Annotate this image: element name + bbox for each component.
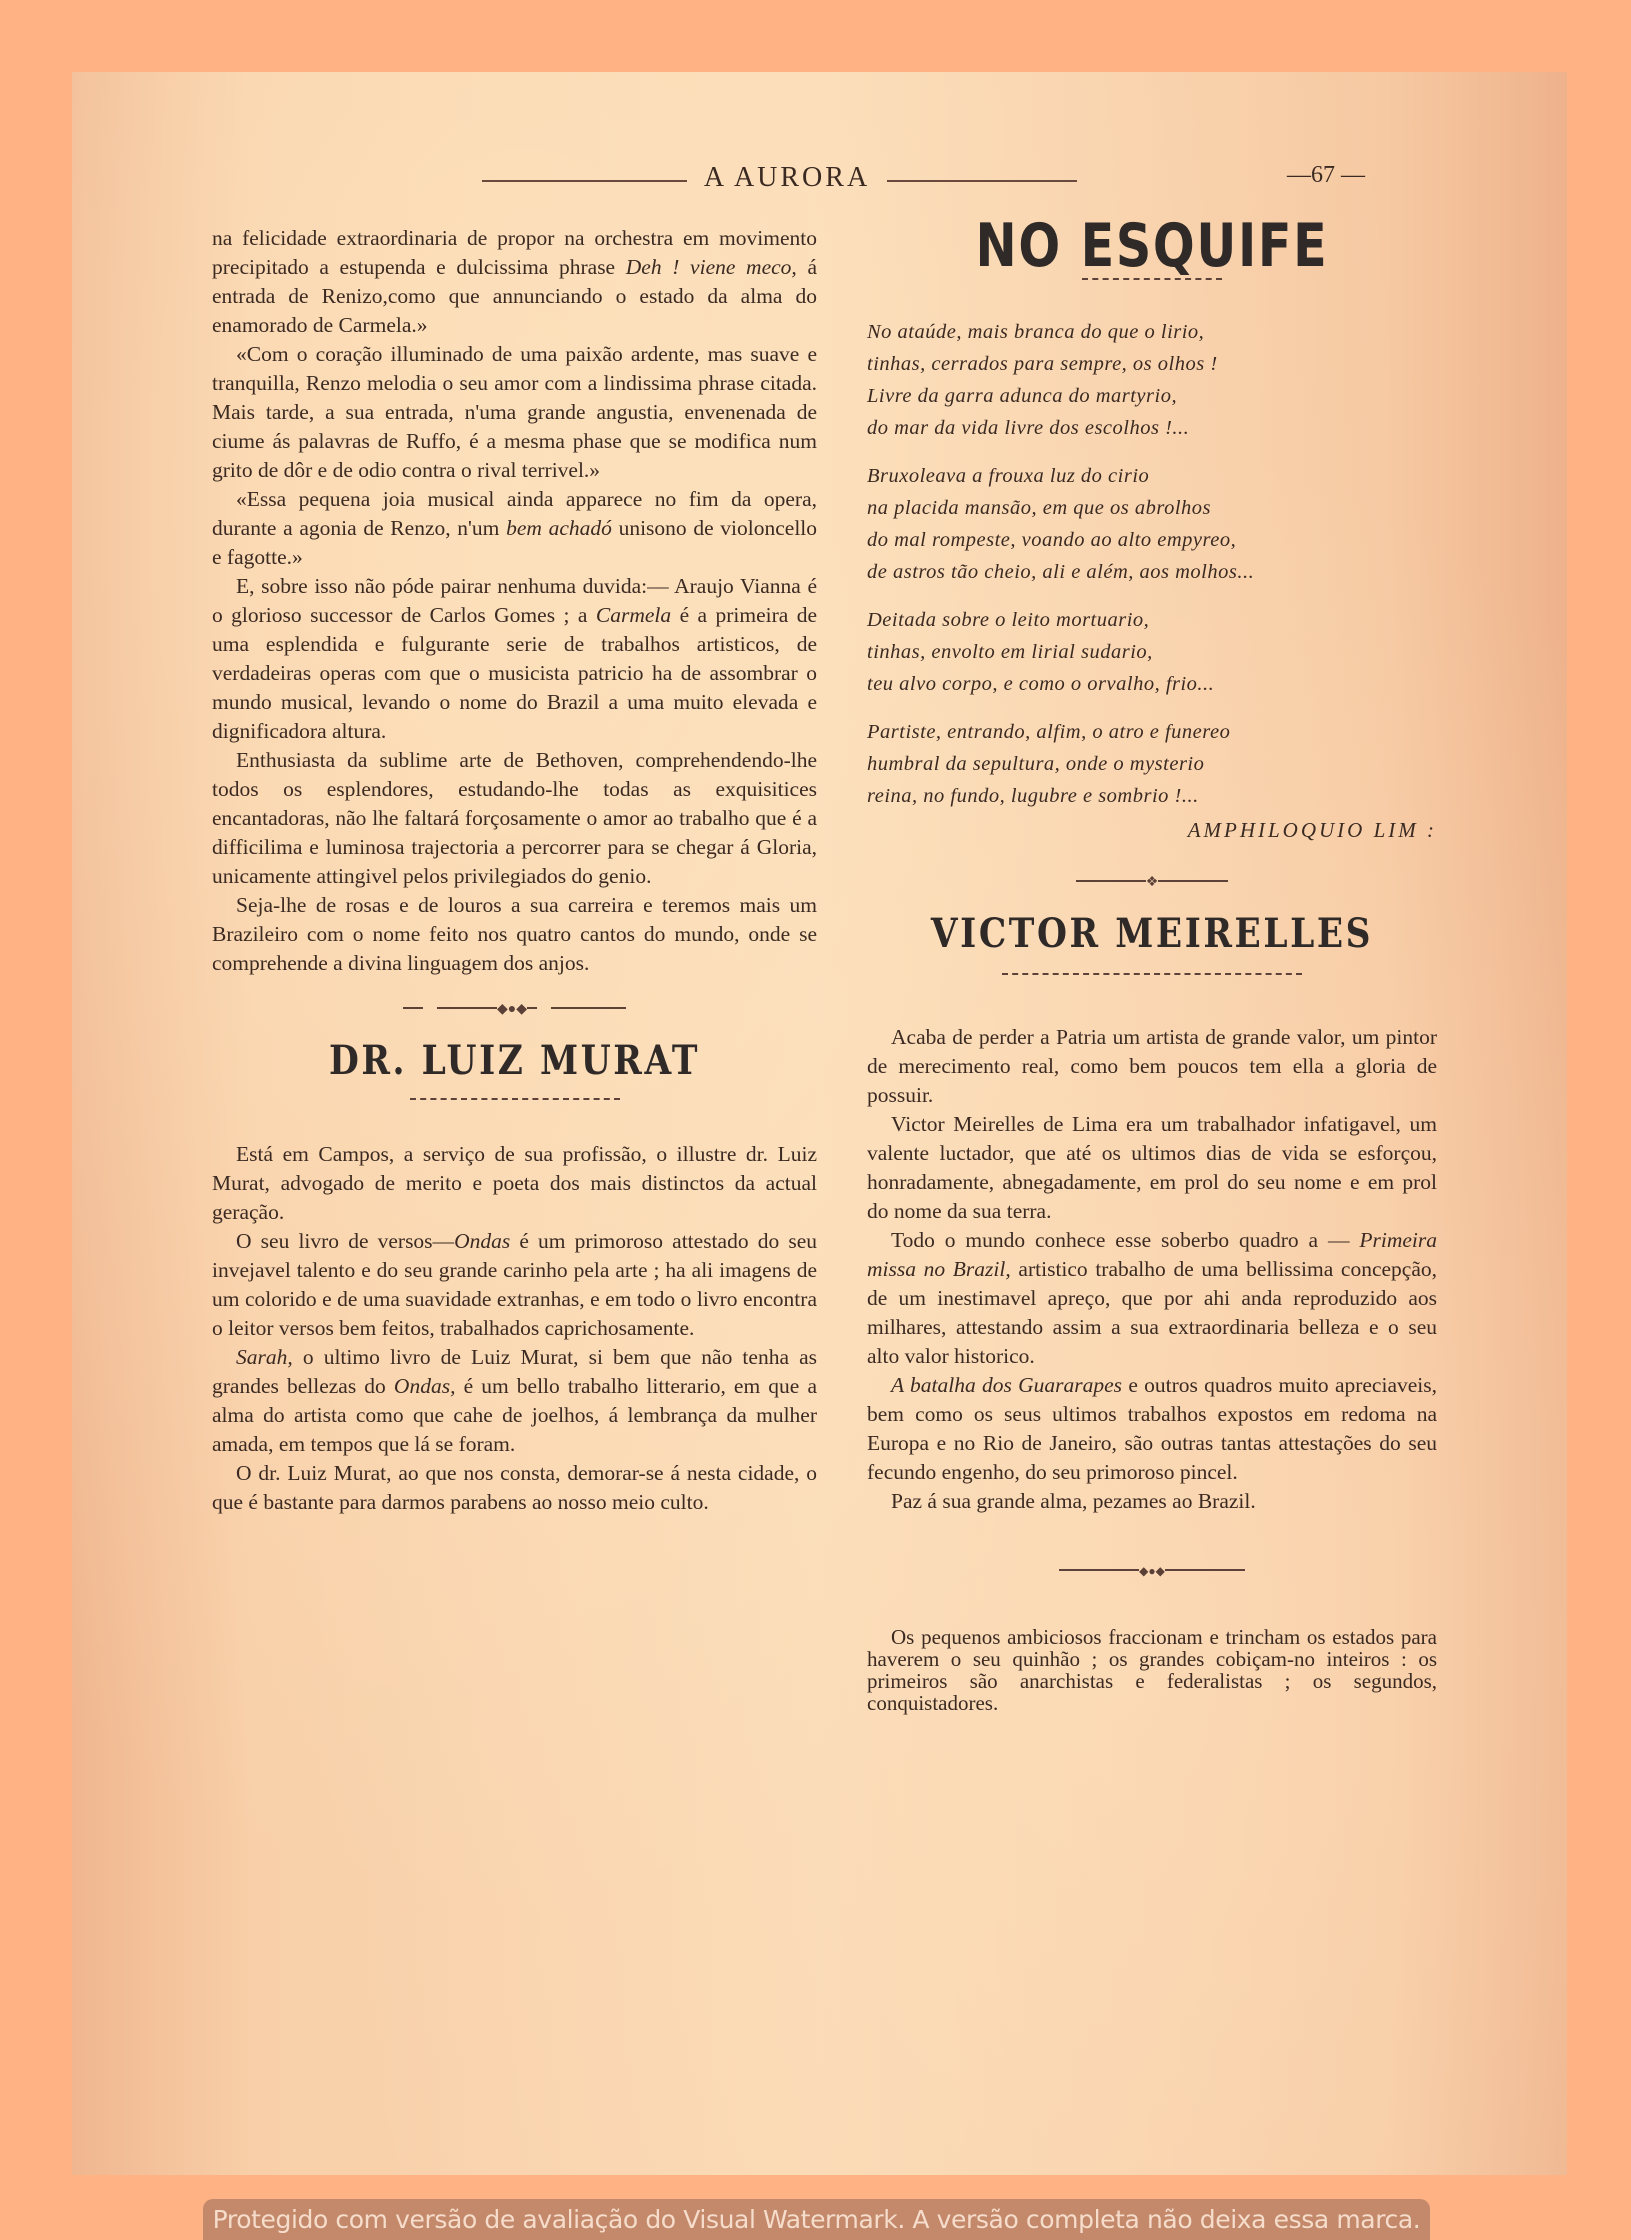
italic-phrase: Ondas (454, 1229, 510, 1253)
article-heading-murat: DR. LUIZ MURAT (254, 1046, 774, 1075)
epigram: Os pequenos ambiciosos fraccionam e trin… (867, 1626, 1437, 1714)
poem-line: Bruxoleava a frouxa luz do cirio (867, 460, 1437, 492)
ornament-icon: ◆●◆ (497, 1002, 527, 1017)
poem-line: teu alvo corpo, e como o orvalho, frio..… (867, 668, 1437, 700)
paragraph: Está em Campos, a serviço de sua profiss… (212, 1140, 817, 1227)
italic-phrase: Deh ! viene meco, (626, 255, 797, 279)
paragraph: Enthusiasta da sublime arte de Bethoven,… (212, 746, 817, 891)
divider-line (1002, 973, 1302, 975)
heading-underline (212, 1083, 817, 1112)
paragraph: «Com o coração illuminado de uma paixão … (212, 340, 817, 485)
header-rule-left (482, 180, 687, 182)
poem-line: na placida mansão, em que os abrolhos (867, 492, 1437, 524)
italic-phrase: Ondas, (394, 1374, 456, 1398)
paragraph-text: Todo o mundo conhece esse soberbo quadro… (891, 1228, 1349, 1252)
paragraph: O seu livro de versos—Ondas é um primoro… (212, 1227, 817, 1343)
poem-stanza: No ataúde, mais branca do que o lirio, t… (867, 316, 1437, 444)
paragraph: Paz á sua grande alma, pezames ao Brazil… (867, 1487, 1437, 1516)
paragraph: Sarah, o ultimo livro de Luiz Murat, si … (212, 1343, 817, 1459)
poem-line: Deitada sobre o leito mortuario, (867, 604, 1437, 636)
right-column: NO ESQUIFE No ataúde, mais branca do que… (867, 224, 1437, 1714)
poem-line: humbral da sepultura, onde o mysterio (867, 748, 1437, 780)
header-rule-right (887, 180, 1077, 182)
poem-stanza: Deitada sobre o leito mortuario, tinhas,… (867, 604, 1437, 700)
poem-line: No ataúde, mais branca do que o lirio, (867, 316, 1437, 348)
section-divider: ◆●◆ (867, 1554, 1437, 1586)
publication-title: A AURORA (687, 162, 887, 194)
running-header: A AURORA —67 — (72, 162, 1567, 202)
italic-phrase: bem achadó (506, 516, 612, 540)
poem-line: tinhas, envolto em lirial sudario, (867, 636, 1437, 668)
poem-line: de astros tão cheio, ali e além, aos mol… (867, 556, 1437, 588)
section-divider: ❖ (867, 865, 1437, 897)
poem-body: No ataúde, mais branca do que o lirio, t… (867, 316, 1437, 812)
continued-paragraph: na felicidade extraordinaria de propor n… (212, 224, 817, 340)
paragraph: O dr. Luiz Murat, ao que nos consta, dem… (212, 1459, 817, 1517)
italic-phrase: Sarah, (236, 1345, 293, 1369)
poem-author: AMPHILOQUIO LIM : (867, 816, 1437, 845)
poem-stanza: Partiste, entrando, alfim, o atro e fune… (867, 716, 1437, 812)
paragraph: Acaba de perder a Patria um artista de g… (867, 1023, 1437, 1110)
divider-line (1059, 1569, 1139, 1571)
italic-phrase: Carmela (596, 603, 671, 627)
divider-line (527, 1007, 537, 1009)
divider-line (410, 1098, 620, 1100)
poem-line: tinhas, cerrados para sempre, os olhos ! (867, 348, 1437, 380)
poem-line: do mar da vida livre dos escolhos !... (867, 412, 1437, 444)
page-number: —67 — (1287, 162, 1365, 189)
paragraph: Todo o mundo conhece esse soberbo quadro… (867, 1226, 1437, 1371)
watermark-banner: Protegido com versão de avaliação do Vis… (203, 2199, 1430, 2240)
divider-line (403, 1007, 423, 1009)
paragraph: A batalha dos Guararapes e outros quadro… (867, 1371, 1437, 1487)
divider-line (551, 1007, 626, 1009)
left-column: na felicidade extraordinaria de propor n… (212, 224, 817, 1517)
section-divider: ◆●◆ (212, 992, 817, 1024)
italic-phrase: A batalha dos Guararapes (891, 1373, 1122, 1397)
poem-stanza: Bruxoleava a frouxa luz do cirio na plac… (867, 460, 1437, 588)
divider-line (1158, 880, 1228, 882)
ornament-icon: ❖ (1146, 875, 1159, 890)
heading-underline (867, 958, 1437, 987)
poem-heading: NO ESQUIFE (918, 232, 1385, 261)
paragraph: «Essa pequena joia musical ainda apparec… (212, 485, 817, 572)
newspaper-page: A AURORA —67 — na felicidade extraordina… (72, 72, 1567, 2175)
divider-line (1076, 880, 1146, 882)
divider-line (1165, 1569, 1245, 1571)
poem-line: Partiste, entrando, alfim, o atro e fune… (867, 716, 1437, 748)
paragraph-text: O seu livro de versos— (236, 1229, 454, 1253)
poem-line: Livre da garra adunca do martyrio, (867, 380, 1437, 412)
paragraph: Victor Meirelles de Lima era um trabalha… (867, 1110, 1437, 1226)
paragraph: Seja-lhe de rosas e de louros a sua carr… (212, 891, 817, 978)
article-heading-meirelles: VICTOR MEIRELLES (907, 919, 1397, 948)
ornament-icon: ◆●◆ (1139, 1564, 1165, 1578)
divider-line (437, 1007, 497, 1009)
poem-line: reina, no fundo, lugubre e sombrio !... (867, 780, 1437, 812)
poem-line: do mal rompeste, voando ao alto empyreo, (867, 524, 1437, 556)
paragraph: E, sobre isso não póde pairar nenhuma du… (212, 572, 817, 746)
